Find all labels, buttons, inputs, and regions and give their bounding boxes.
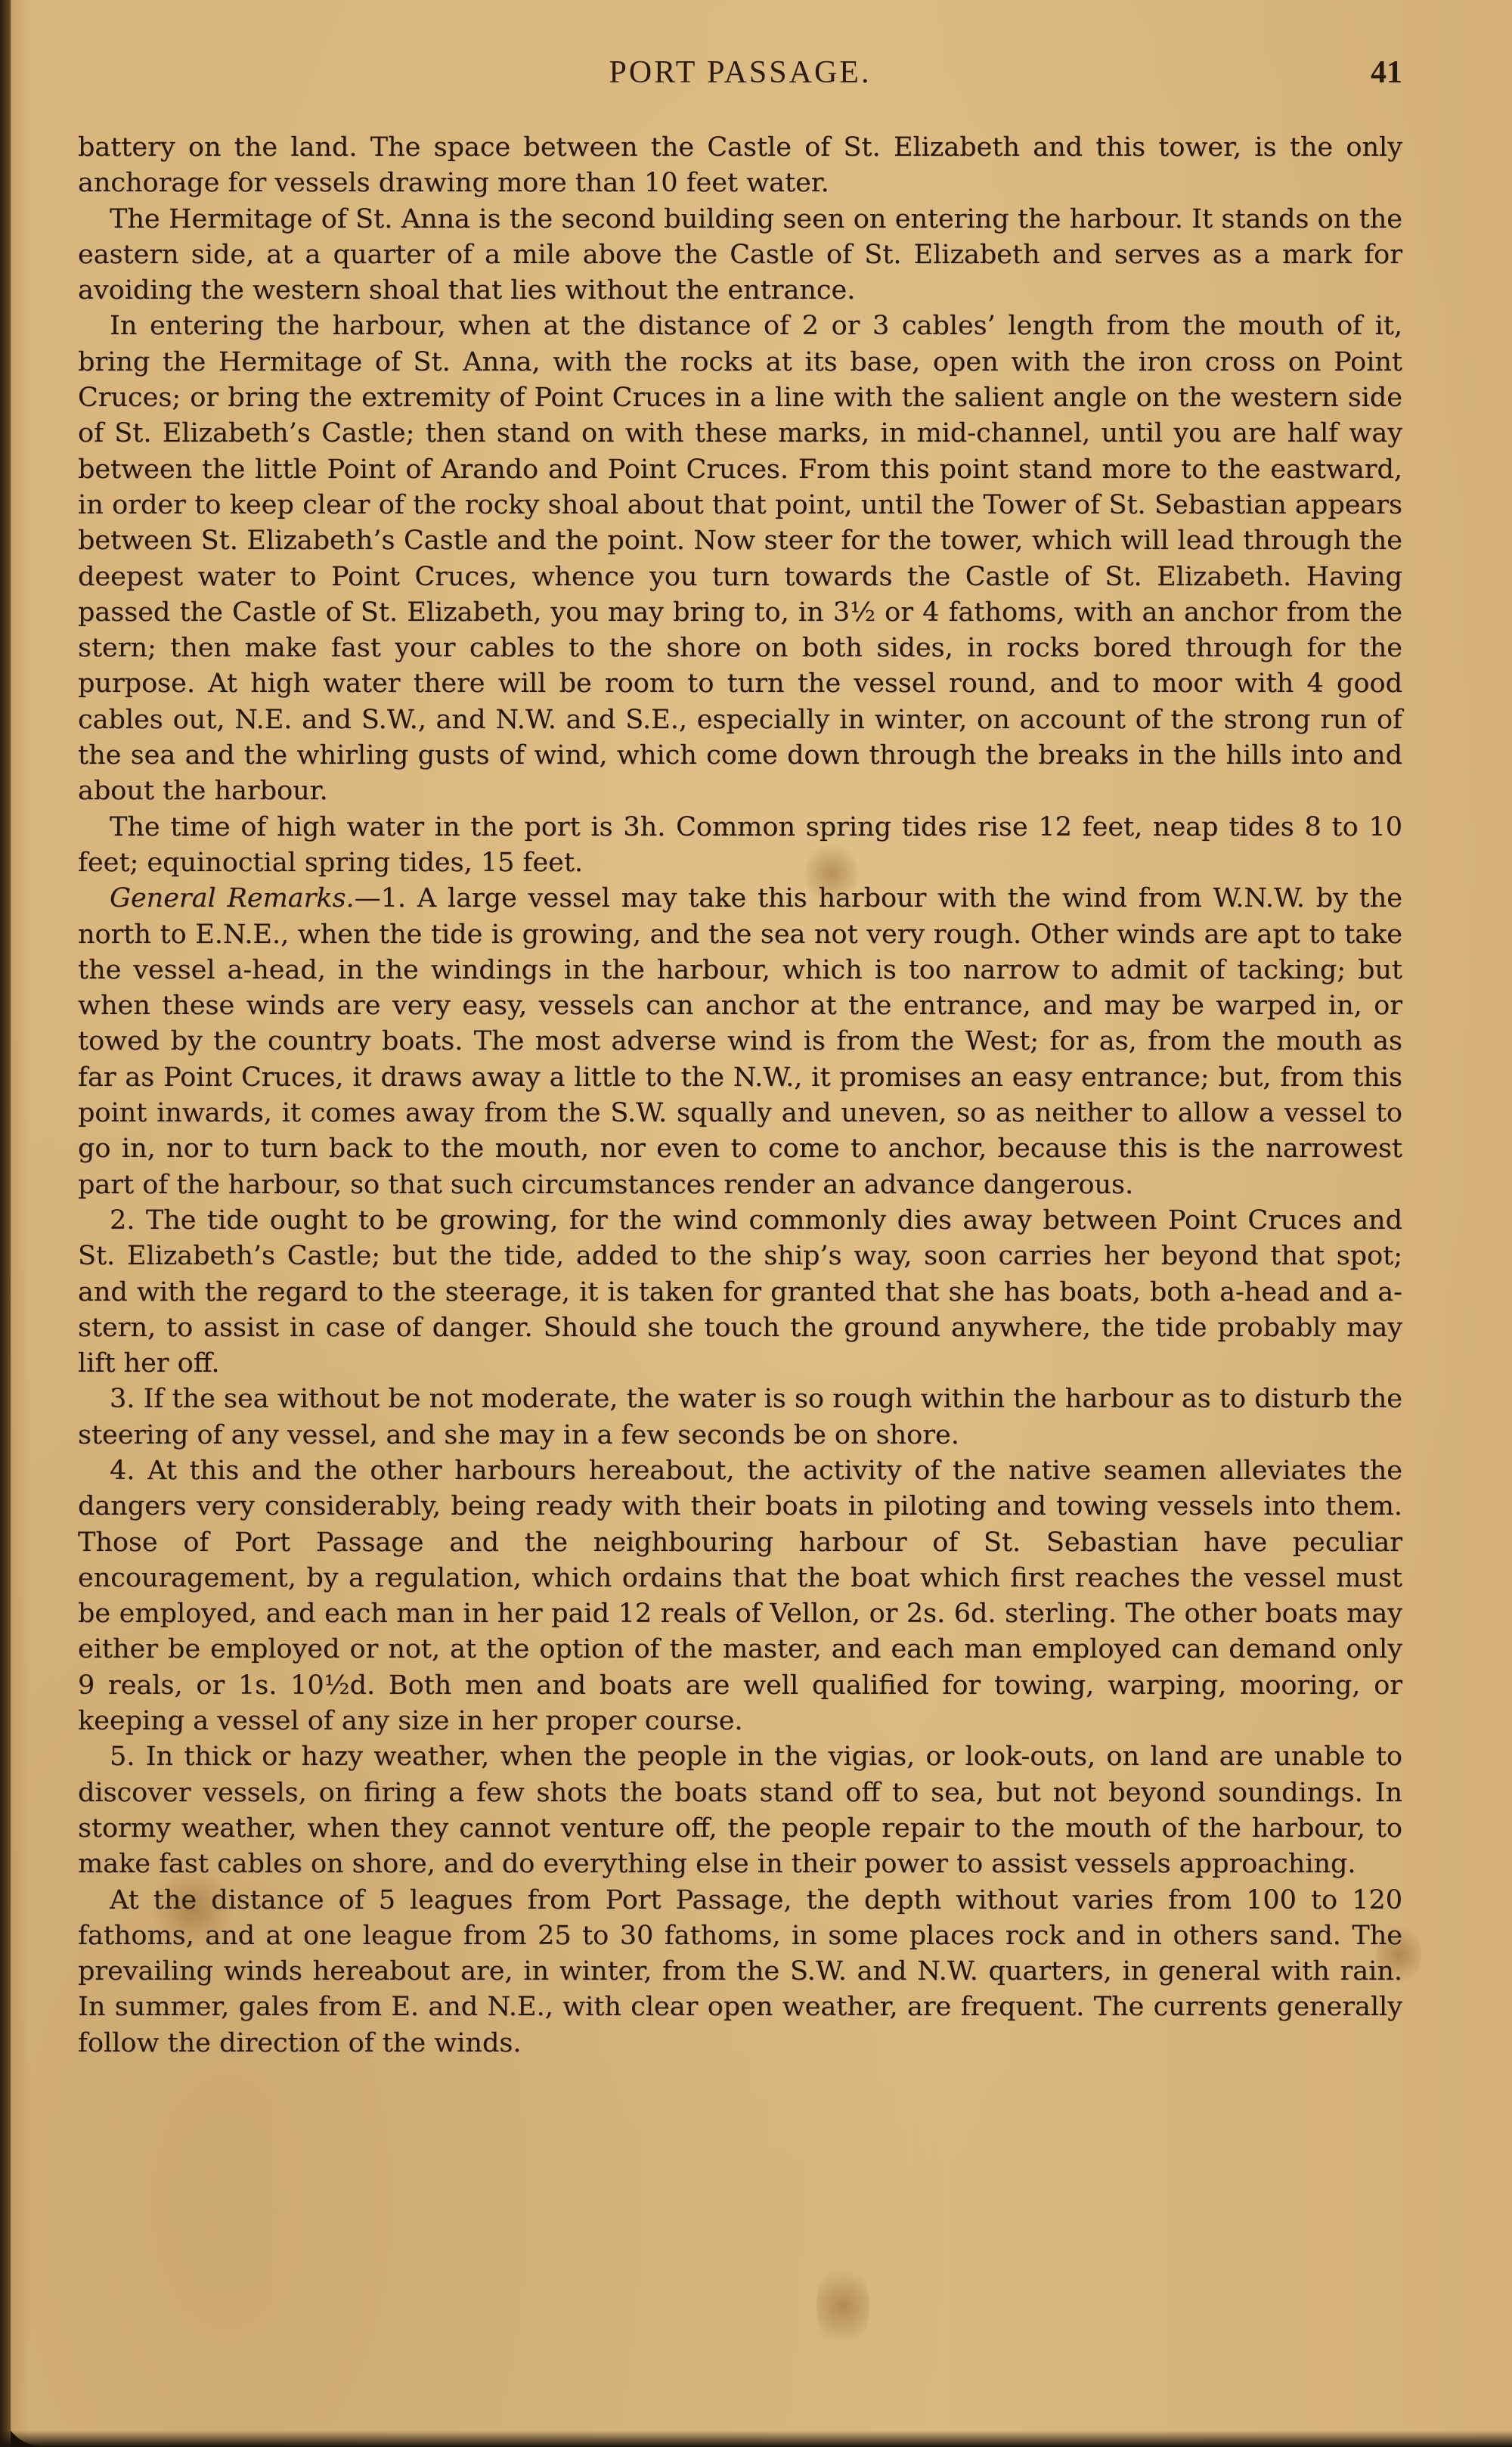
paragraph-text: —1. A large vessel may take this harbour… bbox=[78, 883, 1402, 1199]
page-number: 41 bbox=[1371, 54, 1402, 91]
paragraph-remark-2: 2. The tide ought to be growing, for the… bbox=[78, 1203, 1402, 1382]
paragraph-text: 3. If the sea without be not moderate, t… bbox=[78, 1384, 1402, 1450]
running-head: PORT PASSAGE. 41 bbox=[78, 54, 1402, 100]
paragraph-text: At the distance of 5 leagues from Port P… bbox=[78, 1885, 1402, 2058]
paragraph-remark-5: 5. In thick or hazy weather, when the pe… bbox=[78, 1739, 1402, 1882]
body-text: battery on the land. The space between t… bbox=[78, 130, 1402, 2061]
paragraph: In entering the harbour, when at the dis… bbox=[78, 309, 1402, 809]
paragraph-remark-3: 3. If the sea without be not moderate, t… bbox=[78, 1382, 1402, 1453]
paragraph-general-remarks: General Remarks.—1. A large vessel may t… bbox=[78, 881, 1402, 1203]
paragraph-text: The time of high water in the port is 3h… bbox=[78, 812, 1402, 878]
paragraph-remark-4: 4. At this and the other harbours hereab… bbox=[78, 1453, 1402, 1739]
book-page: PORT PASSAGE. 41 battery on the land. Th… bbox=[0, 0, 1512, 2447]
page-title: PORT PASSAGE. bbox=[78, 54, 1402, 91]
paragraph-text: 2. The tide ought to be growing, for the… bbox=[78, 1205, 1402, 1379]
paragraph: The time of high water in the port is 3h… bbox=[78, 810, 1402, 882]
paragraph-text: 4. At this and the other harbours hereab… bbox=[78, 1456, 1402, 1736]
paragraph: At the distance of 5 leagues from Port P… bbox=[78, 1883, 1402, 2061]
paragraph: battery on the land. The space between t… bbox=[78, 130, 1402, 202]
paragraph: The Hermitage of St. Anna is the second … bbox=[78, 202, 1402, 309]
paragraph-text: 5. In thick or hazy weather, when the pe… bbox=[78, 1741, 1402, 1879]
paragraph-text: battery on the land. The space between t… bbox=[78, 132, 1402, 198]
section-lead-italic: General Remarks. bbox=[110, 883, 355, 913]
paper-stain bbox=[816, 2261, 869, 2352]
paragraph-text: The Hermitage of St. Anna is the second … bbox=[78, 204, 1402, 306]
paragraph-text: In entering the harbour, when at the dis… bbox=[78, 311, 1402, 806]
